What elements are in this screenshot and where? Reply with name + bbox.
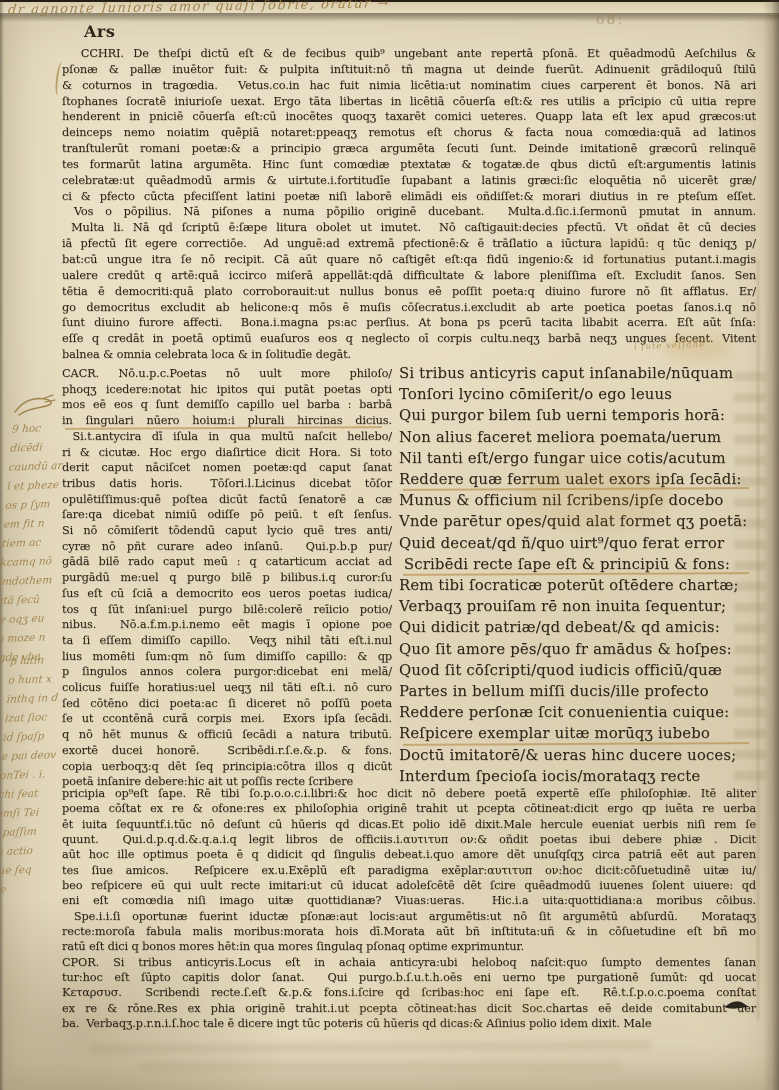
- commentary-text-line: tribus datis horis. Tōſori.l.Licinus dic…: [62, 476, 392, 492]
- printed-text-line: CPOR. Si tribus anticyris.Locus eſt in a…: [62, 955, 756, 970]
- commentary-text-line: ſus eſt cū ſciā a democrito eos ueros po…: [62, 586, 392, 602]
- marginal-note-line: ſo moze n: [0, 628, 50, 649]
- marginal-note-line: t paſſim: [0, 822, 52, 843]
- commentary-text-line: tos q ſūt inſani:uel purgo bilē:colerē r…: [62, 602, 392, 618]
- verse-line: Non alius faceret meliora poemata/uerum: [399, 427, 759, 448]
- ink-flourish-icon: [724, 998, 750, 1012]
- horace-verse-column: Si tribus anticyris caput inſanabile/nūq…: [399, 363, 759, 787]
- printed-text-line: tes ſiue amicos. Reſpicere ex.u.Exēplū e…: [62, 863, 756, 878]
- marginal-note-line: kcamq nō: [0, 552, 57, 573]
- bleedthrough-smudge: [140, 1062, 620, 1071]
- printed-text-line: Multa li. Nā qd ſcriptū ē:ſæpe litura ob…: [62, 220, 756, 236]
- marginal-note-line: p latin: [9, 651, 67, 672]
- commentary-text-line: nibus. Nō.a.f.m.p.i.nemo eēt magis ī opi…: [62, 617, 392, 633]
- commentary-text-line: Si nō cōmiſerit tōdendū caput lycio quē …: [62, 523, 392, 539]
- bleedthrough-smudge: [734, 372, 766, 782]
- printed-text-line: ēt iuita ſequuntf.i.tūc nō deſunt cū hūe…: [62, 817, 756, 832]
- printed-text-line: quunt. Qui.d.p.q.d.&.q.a.i.q legit libro…: [62, 832, 756, 847]
- printed-text-line: ex re & rōne.Res ex phia originē trahit.…: [62, 1001, 756, 1016]
- marginal-note-line: caundū ar: [8, 457, 66, 478]
- verse-line: Qui purgor bilem ſub uerni temporis horā…: [399, 405, 759, 426]
- commentary-text-line: copia uerboqʒ:q dēt ſeq principia:cōtra …: [62, 759, 392, 775]
- printed-text-line: Vos o pōpilius. Nā piſones a numa pōpili…: [62, 204, 756, 220]
- book-page-scan: dr agnonte Junioris amor quaſi ſobrie, o…: [0, 0, 779, 1090]
- printed-text-line: CCHRI. De theſpi dictū eſt & de fecibus …: [62, 46, 756, 62]
- printed-text-line: pricipia op⁹eſt ſape. Rē tibi ſo.p.o.o.c…: [62, 786, 756, 801]
- marginal-note-line: hue ſeq: [0, 860, 48, 881]
- verse-line: Qui didicit patriæ/qd debeat/& qd amicis…: [399, 617, 759, 638]
- marginalia-left-lower: p latino hunt xinthq in dizat ſiocid ſpa…: [0, 651, 67, 901]
- printed-text-line: bat:cū ungue itra ſe nō recipit. Cā aūt …: [62, 252, 756, 268]
- marginal-note-line: os p ſym: [5, 495, 63, 516]
- printed-text-line: henderent in pniciē cōuerſa eſt:cū inocē…: [62, 109, 756, 125]
- printed-text-line: pſonæ & pallæ inuētor fuit: & pulpita in…: [62, 62, 756, 78]
- commentary-text-line: lius momēti ſum:qm nō ſum dimiſſo capill…: [62, 649, 392, 665]
- printed-text-line: tētia ē democriti:quā plato corroborauit…: [62, 284, 756, 300]
- commentary-text-line: phoqʒ icedere:notat hic ipitos qui putāt…: [62, 382, 392, 398]
- commentary-text-line: cyræ nō pñt curare adeo inſanū. Qui.p.b.…: [62, 539, 392, 555]
- printed-text-line: beo reſpicere eū qui uult recte imitari:…: [62, 878, 756, 893]
- verse-line: Partes in bellum miſſi ducis/ille profec…: [399, 681, 759, 702]
- lower-commentary-block: pricipia op⁹eſt ſape. Rē tibi ſo.p.o.o.c…: [62, 786, 756, 1032]
- printed-text-line: ualere credūt q artē:quā iccirco miſerā …: [62, 268, 756, 284]
- commentary-text-line: ſe ut ccontēnā curā corpis mei. Exors ip…: [62, 711, 392, 727]
- commentary-text-line: derit caput nāciſcet nomen poetæ:qd capu…: [62, 460, 392, 476]
- verse-line: Rem tibi ſocraticæ poterūt oſtēdere char…: [399, 575, 759, 596]
- verse-line: Tonſori lycino cōmiſerit/o ego leuus: [399, 384, 759, 405]
- marginal-note-line: e pai deov: [1, 746, 59, 767]
- printed-text-line: eni eſt comœdia niſi imago uitæ quottidi…: [62, 893, 756, 908]
- printed-text-line: iā pfectū ſit egere correctiōe. Ad unguē…: [62, 236, 756, 252]
- verse-line: Verbaqʒ prouiſam rē non inuita ſequentur…: [399, 596, 759, 617]
- commentary-text-line: mos eē eos q ſunt demiſſo capillo uel ba…: [62, 397, 392, 413]
- printed-text-line: poema cōſtat ex re & ofone:res ex philoſ…: [62, 801, 756, 816]
- commentary-text-line: ſed cōtēno dici poeta:ac ſi diceret nō p…: [62, 696, 392, 712]
- intro-commentary-block: CCHRI. De theſpi dictū eſt & de fecibus …: [62, 46, 756, 363]
- verse-line: Quid deceat/qd ñ/quo uirt⁹/quo ferat err…: [399, 533, 759, 554]
- marginal-note-line: imdothem: [0, 571, 55, 592]
- printed-text-line: recte:moroſa fabula malis moribus:morata…: [62, 924, 756, 939]
- printed-text-line: celebratæ:ut quēadmodū armis & uirtute.i…: [62, 173, 756, 189]
- printed-text-line: ſtophanes ſocratē iniurioſe uexat. Ergo …: [62, 94, 756, 110]
- printed-text-line: Spe.i.i.ſi oportunæ fuerint iductæ pſonæ…: [62, 909, 756, 924]
- verse-line: Doctū imitatorē/& ueras hinc ducere uoce…: [399, 745, 759, 766]
- commentary-text-line: q nō hēt munus & officiū ſecādi a natura…: [62, 727, 392, 743]
- printed-text-line: tranſtulerūt romani poetæ:& a principio …: [62, 141, 756, 157]
- marginal-note-line: in actio: [0, 841, 50, 862]
- commentary-text-line: p ſingulos annos colera purgor:dicebat e…: [62, 664, 392, 680]
- marginal-note-line: atā ſecū: [0, 590, 54, 611]
- commentary-text-line: purgādū me:uel q purgo bilē p bilibus.i.…: [62, 570, 392, 586]
- folio-mark: o8:: [596, 12, 624, 28]
- printed-text-line: tur:hoc eſt ſūpto capitis dolor ſanat. Q…: [62, 970, 756, 985]
- marginal-note-line: onTei . i.: [0, 765, 57, 786]
- printed-text-line: Κεταρσυσ. Scribendi recte.ſ.eſt &.p.& fo…: [62, 985, 756, 1000]
- verse-line: Nil tanti eſt/ergo fungar uice cotis/acu…: [399, 448, 759, 469]
- commentary-text-line: ſare:qa dicebat nimiū odiſſe pō peiū. t …: [62, 507, 392, 523]
- verse-line: Interdum ſpecioſa iocis/morataqʒ recte: [399, 766, 759, 787]
- commentary-text-line: exortē ducei honorē. Scribēdi.r.ſ.e.&.p.…: [62, 743, 392, 759]
- verse-line: Si tribus anticyris caput inſanabile/nūq…: [399, 363, 759, 384]
- commentary-text-line: ri & cicutæ. Hoc ergo diaſirtice dicit H…: [62, 445, 392, 461]
- printed-text-line: & coturnos in tragœdia. Vetus.co.in hac …: [62, 78, 756, 94]
- marginal-note-line: tiem ac: [1, 533, 59, 554]
- verse-line: Scribēdi recte ſape eſt & principiū & fo…: [399, 554, 759, 575]
- verse-line: Munus & officium nil ſcribens/ipſe doceb…: [399, 490, 759, 511]
- printed-text-line: ba. Verbaqʒ.p.r.n.i.ſ.hoc tale ē dicere …: [62, 1016, 756, 1031]
- verse-line: Reddere quæ ferrum ualet exors ipſa ſecā…: [399, 469, 759, 490]
- marginalia-left-upper: 9 hoc dicēdicaundū arī et phezeos p ſyme…: [0, 419, 69, 669]
- marginal-note-line: te oqʒ eu: [0, 609, 52, 630]
- commentary-text-line: ta ſi eſſem dimiſſo capillo. Veqʒ nihil …: [62, 633, 392, 649]
- bleedthrough-smudge: [90, 1040, 650, 1054]
- commentary-text-line: colicus fuiſſe horatius:uel ueqʒ nil tāt…: [62, 680, 392, 696]
- marginal-note-line: chi feat: [0, 784, 55, 805]
- marginal-note-line: inthq in d: [6, 689, 64, 710]
- manicule-doodle-icon: [12, 390, 58, 420]
- verse-line: Reſpicere exemplar uitæ morūqʒ iubebo: [399, 723, 759, 744]
- verse-line: Quo ſit amore pēs/quo fr amādus & hoſpes…: [399, 639, 759, 660]
- commentary-text-line: opulētiſſimus:quē poſtea dicūt factū ſen…: [62, 492, 392, 508]
- left-commentary-column: CACR. Nō.u.p.c.Poetas nō uult more philo…: [62, 366, 392, 790]
- printed-text-line: go democritus excludit ab helicone:q mōs…: [62, 300, 756, 316]
- marginal-note-line: 9 hoc dicēdi: [10, 419, 69, 459]
- printed-text-line: ci & pfecto cūcta pfeciſſent latini poet…: [62, 189, 756, 205]
- marginal-note-line: o hunt x: [8, 670, 66, 691]
- commentary-text-line: gādā bilē rado caput meū : q catarticum …: [62, 554, 392, 570]
- verse-line: Quod ſit cōſcripti/quod iudicis officiū/…: [399, 660, 759, 681]
- verse-line: Reddere perſonæ ſcit conuenientia cuique…: [399, 702, 759, 723]
- commentary-text-line: CACR. Nō.u.p.c.Poetas nō uult more philo…: [62, 366, 392, 382]
- verse-line: Vnde parētur opes/quid alat formet qʒ po…: [399, 511, 759, 532]
- marginal-note-line: nie: [0, 879, 47, 900]
- commentary-text-line: Si.t.antycira dī iſula in qua multū naſc…: [62, 429, 392, 445]
- marginal-note-line: id ſpaſp: [3, 727, 61, 748]
- printed-text-line: aūt hoc ille optimus poeta ē q didicit q…: [62, 847, 756, 862]
- running-title: Ars: [84, 22, 115, 41]
- printed-text-line: tes formarūt latina argumēta. Hinc ſunt …: [62, 157, 756, 173]
- marginal-note-line: emſi Tei: [0, 803, 53, 824]
- printed-text-line: ſunt diuino furore affecti. Bona.i.magna…: [62, 315, 756, 331]
- marginal-note-line: ī et pheze: [6, 476, 64, 497]
- commentary-text-line: in ſingulari nūero hoium:i plurali hirci…: [62, 413, 392, 429]
- marginal-note-line: izat ſioc: [4, 708, 62, 729]
- marginal-note-line: em fit n: [3, 514, 61, 535]
- printed-text-line: deinceps nemo noiatim quēpiā notaret:ppe…: [62, 125, 756, 141]
- printed-text-line: ratū eſt dici q bonos mores hēt:in qua m…: [62, 939, 756, 954]
